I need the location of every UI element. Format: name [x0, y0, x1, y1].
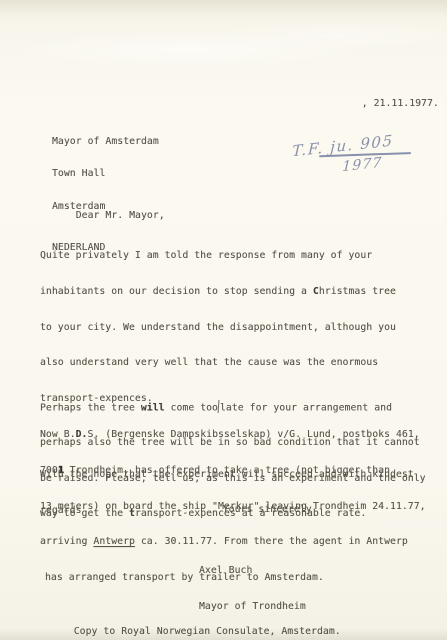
recipient-name: Mayor of Amsterdam: [52, 137, 159, 147]
letter-line: Perhaps the tree will come toolate for y…: [40, 400, 426, 414]
text-run: Quite privately I am told the response f…: [40, 250, 372, 261]
closing-text: Yours sincerely: [223, 504, 312, 515]
text-run: inhabitants on our decision to stop send…: [40, 286, 313, 297]
letter-line: inhabitants on our decision to stop send…: [40, 285, 426, 299]
text-run: hristmas tree: [319, 286, 396, 297]
date-line: , 21.11.1977.: [338, 87, 439, 120]
text-run: also understand very well that the cause…: [40, 357, 378, 368]
salutation-text: Dear Mr. Mayor,: [76, 210, 165, 221]
signature-title: Mayor of Trondheim: [199, 600, 306, 614]
letter-page: , 21.11.1977. Mayor of Amsterdam Town Ha…: [0, 0, 447, 640]
handwritten-reference: T.F. ju. 905 1977: [291, 130, 412, 180]
overstruck-text: will: [141, 403, 165, 414]
cc-text: Copy to Royal Norwegian Consulate, Amste…: [74, 626, 341, 637]
letter-line: also understand very well that the cause…: [40, 356, 426, 370]
letter-line: to your city. We understand the disappoi…: [40, 321, 426, 335]
date-text: , 21.11.1977.: [362, 98, 439, 109]
text-run: to your city. We understand the disappoi…: [40, 322, 396, 333]
text-run: late for your arrangement and: [220, 403, 392, 414]
text-run: come too: [165, 403, 218, 414]
text-run: Perhaps the tree: [40, 403, 141, 414]
letter-line: With the hope that the experiment will s…: [40, 468, 414, 482]
closing: Yours sincerely: [199, 493, 312, 526]
signature-name: Axel Buch: [199, 564, 306, 578]
recipient-address1: Town Hall: [52, 169, 159, 179]
letter-line: Quite privately I am told the response f…: [40, 249, 426, 263]
cc-note: Copy to Royal Norwegian Consulate, Amste…: [50, 615, 341, 640]
